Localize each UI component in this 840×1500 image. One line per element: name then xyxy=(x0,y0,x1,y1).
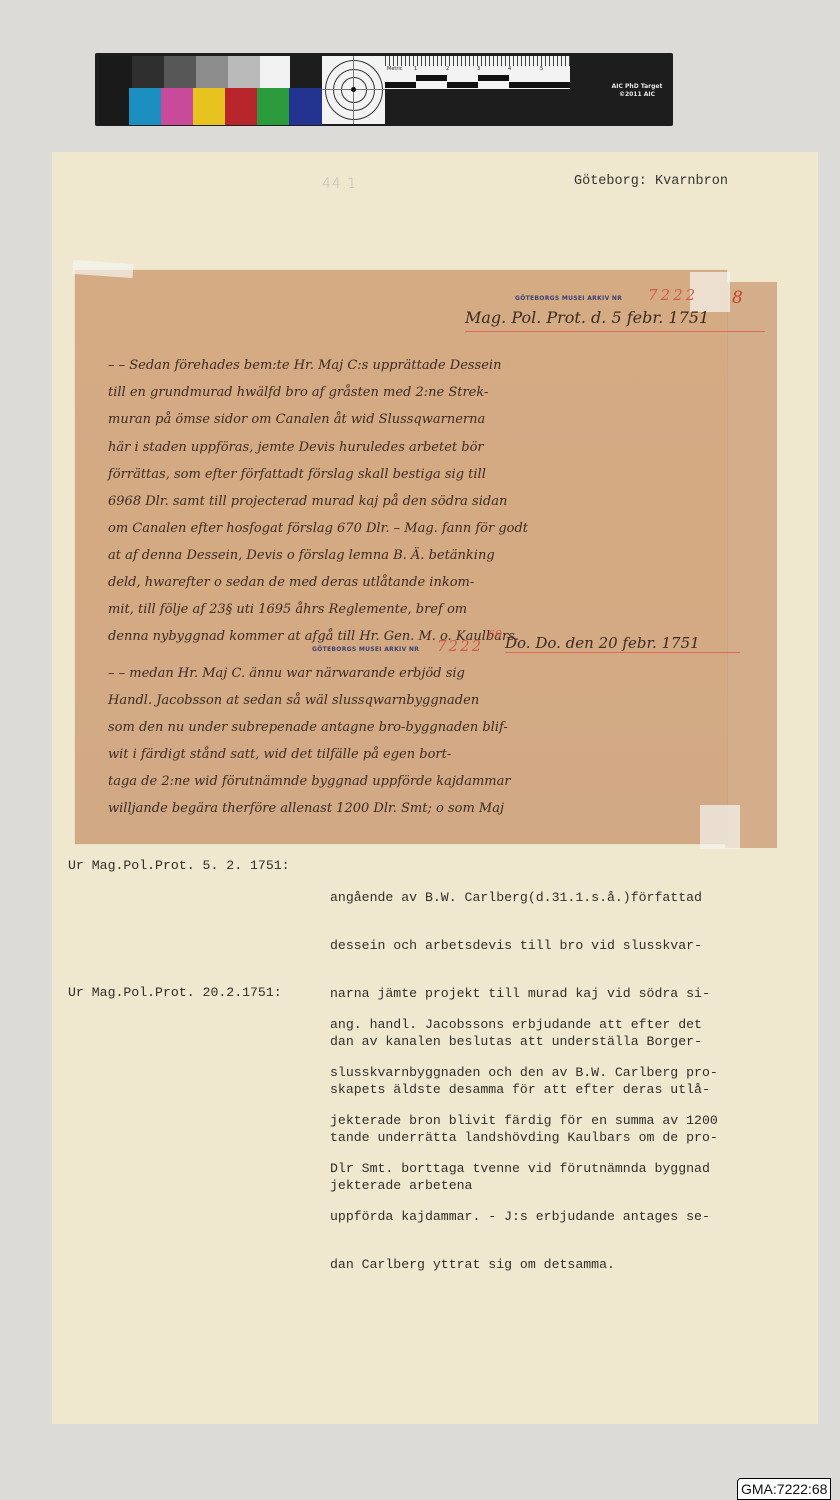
color-patch-magenta xyxy=(161,88,193,125)
letter-line: taga de 2:ne wid förutnämnde byggnad upp… xyxy=(108,774,511,789)
color-patch-cyan xyxy=(129,88,161,125)
note-line: dan Carlberg yttrat sig om detsamma. xyxy=(330,1257,718,1273)
note-line: jekterade bron blivit färdig för en summ… xyxy=(330,1113,718,1129)
archive-suffix: 69 xyxy=(488,628,502,641)
target-label: AIC PhD Target ©2011 AIC xyxy=(607,83,667,99)
letter-line: förrättas, som efter författadt förslag … xyxy=(108,467,486,482)
note-line: dessein och arbetsdevis till bro vid slu… xyxy=(330,938,718,954)
letter-line: 6968 Dlr. samt till projecterad murad ka… xyxy=(108,494,507,509)
archive-number: 7222 xyxy=(437,637,483,655)
archive-stamp: GÖTEBORGS MUSEI ARKIV NR xyxy=(515,295,622,302)
letter-right-strip xyxy=(725,282,777,848)
gray-patch xyxy=(99,56,136,89)
ruler-tick: 5 xyxy=(540,66,543,72)
letter-heading: Mag. Pol. Prot. d. 5 febr. 1751 xyxy=(465,308,709,327)
letter-line: som den nu under subrepenade antagne bro… xyxy=(108,720,508,735)
letter-line: muran på ömse sidor om Canalen åt wid Sl… xyxy=(108,412,485,427)
color-patch-green xyxy=(257,88,289,125)
color-patch-red xyxy=(225,88,257,125)
pencil-note: 44.1 xyxy=(322,176,357,192)
focus-target-icon xyxy=(322,56,385,124)
letter-line: wit i färdigt stånd satt, wid det tilfäl… xyxy=(108,747,451,762)
letter-line: willjande begära therföre allenast 1200 … xyxy=(108,801,504,816)
note-ref: Ur Mag.Pol.Prot. 20.2.1751: xyxy=(68,985,282,1001)
note-line: slusskvarnbyggnaden och den av B.W. Carl… xyxy=(330,1065,718,1081)
target-label-line2: ©2011 AIC xyxy=(607,91,667,99)
ruler-tick: 1 xyxy=(414,66,417,72)
color-calibration-target: Metric 1 2 3 4 5 AIC PhD Target ©2011 AI… xyxy=(95,53,673,126)
gray-patch xyxy=(260,56,290,89)
ruler-tick: 4 xyxy=(508,66,511,72)
color-patch-blue xyxy=(289,88,322,125)
tape xyxy=(700,805,740,849)
letter-line: Handl. Jacobsson at sedan så wäl slussqw… xyxy=(108,693,479,708)
letter-heading: Do. Do. den 20 febr. 1751 xyxy=(505,634,700,652)
color-patch xyxy=(99,88,129,125)
card-title: Göteborg: Kvarnbron xyxy=(574,174,728,189)
letter-line: at af denna Dessein, Devis o förslag lem… xyxy=(108,548,495,563)
letter-line: till en grundmurad hwälfd bro af gråsten… xyxy=(108,385,488,400)
note-line: angående av B.W. Carlberg(d.31.1.s.å.)fö… xyxy=(330,890,718,906)
note-line: Dlr Smt. borttaga tvenne vid förutnämnda… xyxy=(330,1161,718,1177)
letter-line: om Canalen efter hosfogat förslag 670 Dl… xyxy=(108,521,528,536)
underline xyxy=(465,331,765,332)
archive-suffix: 8 xyxy=(732,288,743,308)
ruler-tick: 2 xyxy=(446,66,449,72)
ruler-tick: 3 xyxy=(477,66,480,72)
letter-line: deld, hwarefter o sedan de med deras utl… xyxy=(108,575,474,590)
identifier-label: GMA:7222:68 xyxy=(737,1478,831,1500)
underline xyxy=(505,652,740,653)
letter-line: – – medan Hr. Maj C. ännu war närwarande… xyxy=(108,666,465,681)
note-line: ang. handl. Jacobssons erbjudande att ef… xyxy=(330,1017,718,1033)
letter-line: – – Sedan förehades bem:te Hr. Maj C:s u… xyxy=(108,358,501,373)
note-ref: Ur Mag.Pol.Prot. 5. 2. 1751: xyxy=(68,858,290,874)
ruler-label: Metric xyxy=(387,66,403,72)
archive-stamp: GÖTEBORGS MUSEI ARKIV NR xyxy=(312,646,419,653)
target-label-line1: AIC PhD Target xyxy=(607,83,667,91)
note-text: ang. handl. Jacobssons erbjudande att ef… xyxy=(330,985,718,1289)
letter-line: mit, till följe af 23§ uti 1695 åhrs Reg… xyxy=(108,602,467,617)
archive-number: 7222 xyxy=(648,286,698,304)
metric-ruler: Metric 1 2 3 4 5 xyxy=(385,56,570,89)
letter-line: här i staden uppföras, jemte Devis hurul… xyxy=(108,440,484,455)
color-patch-yellow xyxy=(193,88,225,125)
note-line: uppförda kajdammar. - J:s erbjudande ant… xyxy=(330,1209,718,1225)
